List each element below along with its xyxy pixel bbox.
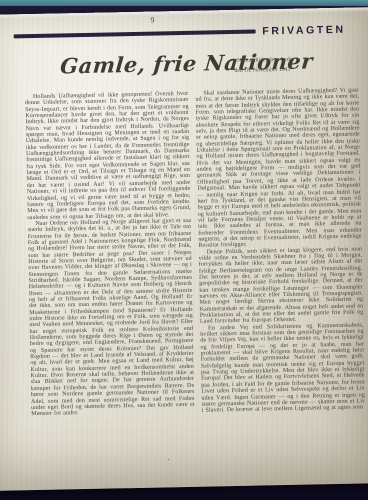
- right-column: Skal saadanne Nationer miste deres Uafhæ…: [195, 87, 365, 414]
- magazine-page: 9 FRIVAGTEN Gamle, frie Nationer «Nation…: [0, 7, 368, 491]
- left-column: Hollands Uafhængighed vil ikke genoprett…: [25, 91, 195, 418]
- masthead-title: FRIVAGTEN: [262, 24, 346, 38]
- article-source: «Nationaltidende»s Leder den 18. Novembe…: [234, 54, 344, 76]
- paragraph: Naar Ordene om Holland og Norge alligeve…: [27, 218, 194, 418]
- paragraph: Skal saadanne Nationer miste deres Uafhæ…: [195, 87, 362, 249]
- page-header: FRIVAGTEN: [14, 24, 346, 43]
- paragraph: Denne Politik, som sikkert er langt klog…: [199, 246, 364, 325]
- print-speck: ’: [167, 457, 170, 465]
- page-number: 9: [150, 16, 154, 25]
- article-header: Gamle, frie Nationer «Nationaltidende»s …: [60, 48, 350, 79]
- article-body: Hollands Uafhængighed vil ikke genoprett…: [25, 87, 365, 417]
- scanned-page-photo: 9 FRIVAGTEN Gamle, frie Nationer «Nation…: [0, 0, 368, 500]
- paragraph: Hollands Uafhængighed vil ikke genoprett…: [25, 91, 191, 221]
- source-line-2: den 18. November 1941: [234, 64, 344, 76]
- header-rule: [14, 30, 256, 39]
- paragraph: En anden Vej end Solidaritetens og Kamme…: [200, 322, 365, 414]
